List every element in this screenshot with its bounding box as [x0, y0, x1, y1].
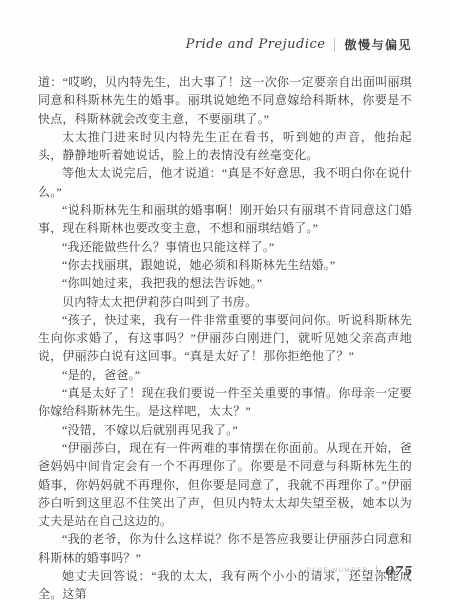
paragraph: “我的老爷，你为什么这样说？你不是答应我要让伊丽莎白同意和科斯林的婚事吗？”	[38, 530, 412, 567]
paragraph: “说科斯林先生和丽琪的婚事啊！刚开始只有丽琪不肯同意这门婚事，现在科斯林也要改变…	[38, 201, 412, 238]
book-page: Pride and Prejudice 傲慢与偏见 道：“哎哟，贝内特先生，出大…	[0, 0, 450, 600]
paragraph: 等他太太说完后，他才说道：“真是不好意思，我不明白你在说什么。”	[38, 164, 412, 201]
paragraph: “是的，爸爸。”	[38, 366, 412, 384]
page-footer: PAGE NUMBER 075	[307, 563, 413, 578]
paragraph: “我还能做些什么？事情也只能这样了。”	[38, 238, 412, 256]
page-number: 075	[385, 563, 413, 578]
page-number-label: PAGE NUMBER	[307, 568, 369, 574]
paragraph: 道：“哎哟，贝内特先生，出大事了！这一次你一定要亲自出面叫丽琪同意和科斯林先生的…	[38, 73, 412, 128]
paragraph: “真是太好了！现在我们要说一件至关重要的事情。你母亲一定要你嫁给科斯林先生。是这…	[38, 384, 412, 421]
header-divider	[334, 38, 335, 52]
paragraph: 太太推门进来时贝内特先生正在看书，听到她的声音，他抬起头，静静地听着她说话，脸上…	[38, 128, 412, 165]
paragraph: “没错，不嫁以后就别再见我了。”	[38, 421, 412, 439]
paragraph: 贝内特太太把伊莉莎白叫到了书房。	[38, 293, 412, 311]
paragraph: “你叫她过来，我把我的想法告诉她。”	[38, 274, 412, 292]
book-title-english: Pride and Prejudice	[186, 37, 326, 52]
paragraph: “你去找丽琪，跟她说，她必须和科斯林先生结婚。”	[38, 256, 412, 274]
page-header: Pride and Prejudice 傲慢与偏见	[186, 36, 412, 53]
footer-divider	[376, 565, 377, 577]
paragraph: “伊丽莎白，现在有一件两难的事情摆在你面前。从现在开始，爸爸妈妈中间肯定会有一个…	[38, 439, 412, 530]
body-text: 道：“哎哟，贝内特先生，出大事了！这一次你一定要亲自出面叫丽琪同意和科斯林先生的…	[38, 73, 412, 600]
paragraph: “孩子，快过来，我有一件非常重要的事要问问你。听说科斯林先生向你求婚了，有这事吗…	[38, 311, 412, 366]
book-title-chinese: 傲慢与偏见	[344, 36, 412, 53]
